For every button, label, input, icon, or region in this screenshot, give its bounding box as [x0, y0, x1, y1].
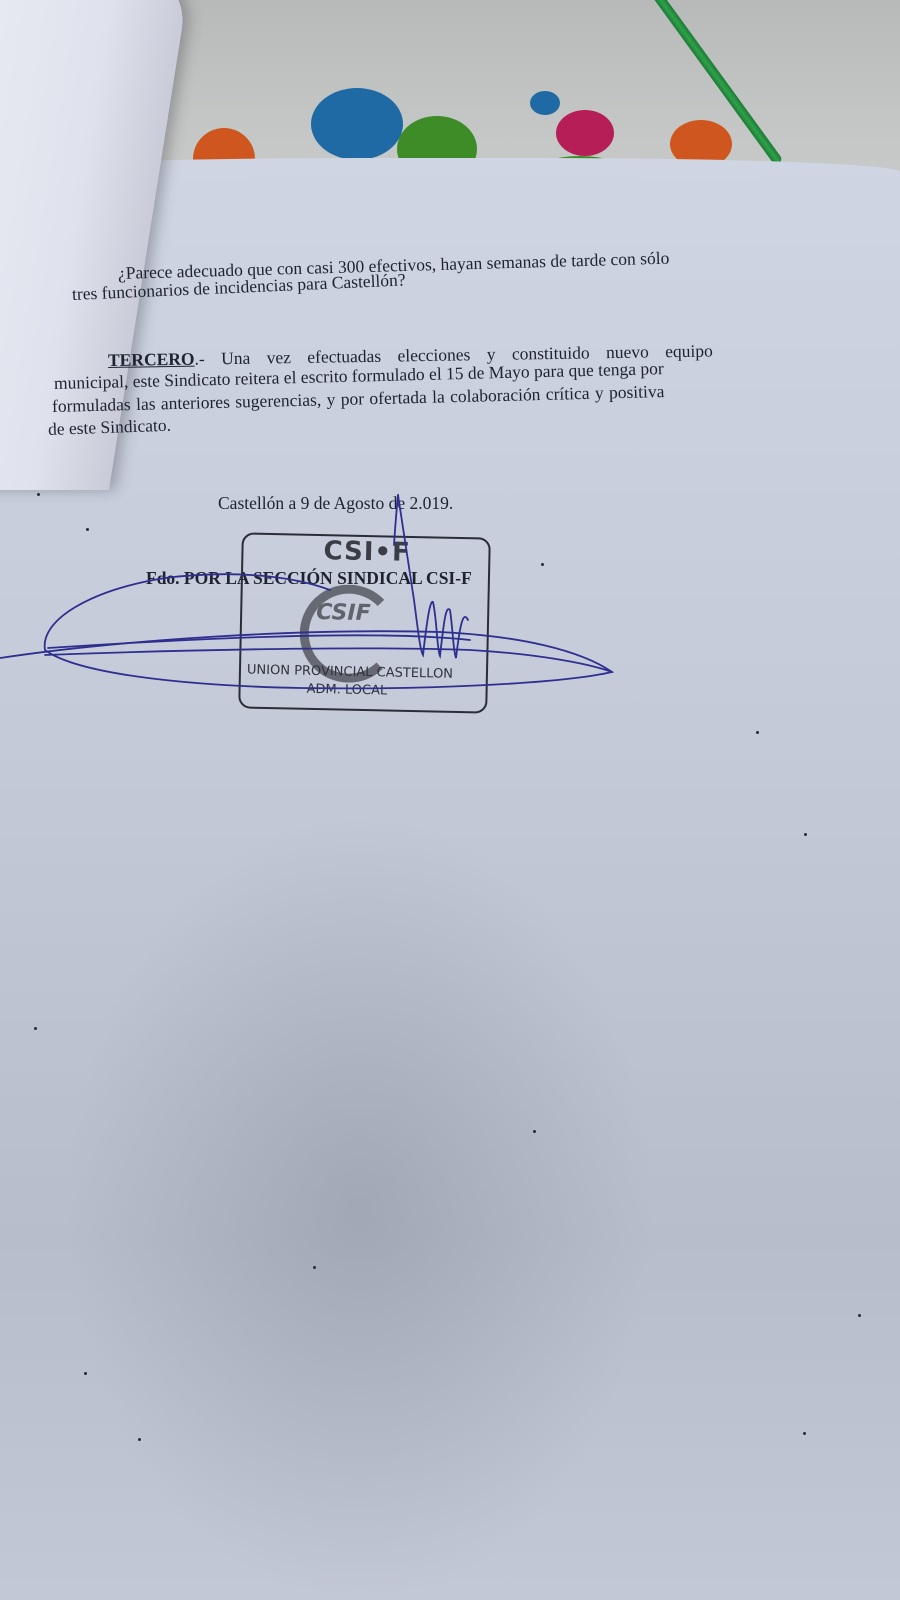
paper-speck	[313, 1266, 316, 1269]
handwritten-signature	[0, 480, 900, 720]
paper-speck	[34, 1027, 37, 1030]
paper-speck	[84, 1372, 87, 1375]
paper-speck	[858, 1314, 861, 1317]
decorative-dot-blue-large	[311, 88, 403, 160]
section-heading: TERCERO	[108, 349, 195, 370]
paper-speck	[756, 731, 759, 734]
decorative-dot-magenta	[556, 110, 614, 156]
decorative-dot-blue-small	[530, 91, 560, 115]
paper-speck	[803, 1432, 806, 1435]
paper-speck	[804, 833, 807, 836]
paper-speck	[533, 1130, 536, 1133]
section-tercero-line-4: de este Sindicato.	[48, 414, 172, 440]
paper-speck	[138, 1438, 141, 1441]
